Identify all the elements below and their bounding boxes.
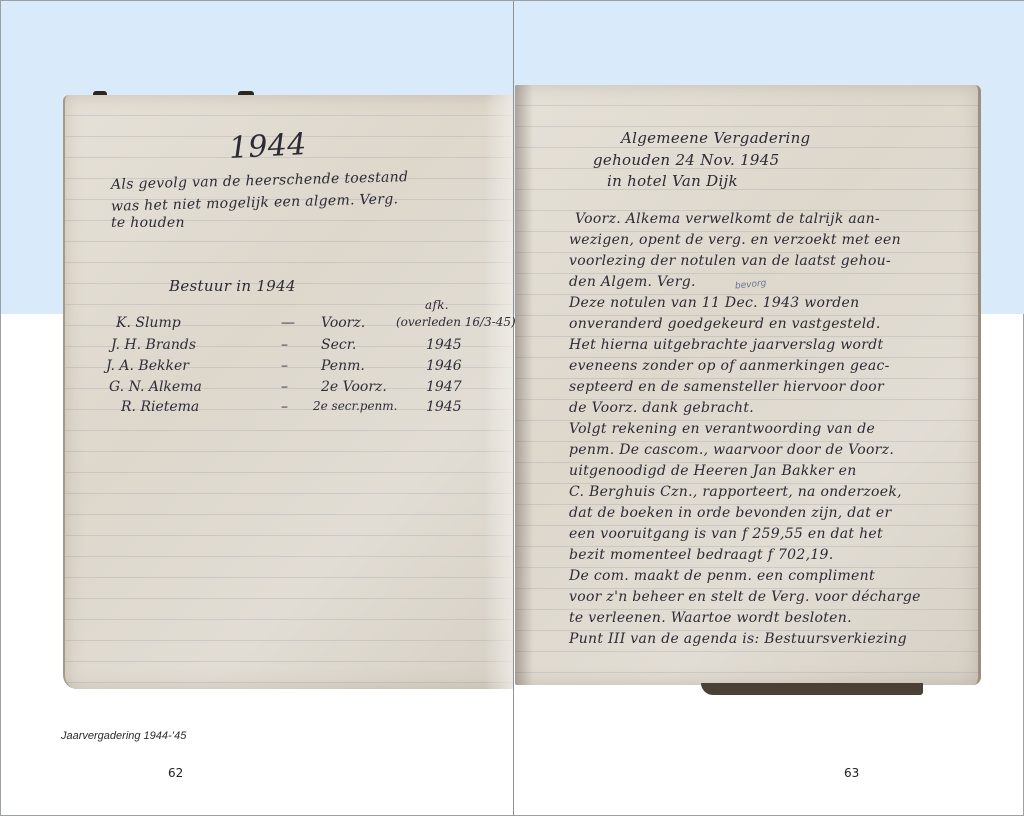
member-dash: –: [281, 358, 288, 374]
member-role: 2e secr.penm.: [313, 399, 397, 413]
minutes-line: uitgenoodigd de Heeren Jan Bakker en: [569, 463, 857, 479]
member-name: J. H. Brands: [111, 337, 196, 353]
member-role: 2e Voorz.: [321, 379, 387, 395]
board-member-row: R. Rietema – 2e secr.penm. 1945: [101, 399, 511, 419]
minutes-line: een vooruitgang is van f 259,55 en dat h…: [569, 526, 883, 542]
figure-caption: Jaarvergadering 1944-’45: [61, 730, 186, 742]
member-year: 1945: [426, 337, 462, 353]
member-dash: –: [281, 399, 288, 415]
member-year: (overleden 16/3-45): [396, 315, 516, 329]
minutes-line: Voorz. Alkema verwelkomt de talrijk aan-: [575, 211, 880, 227]
board-member-row: G. N. Alkema – 2e Voorz. 1947: [101, 379, 511, 399]
member-year: 1946: [426, 358, 462, 374]
page-edge-shadow: [701, 683, 923, 695]
member-name: K. Slump: [116, 315, 181, 331]
minutes-line: bezit momenteel bedraagt f 702,19.: [569, 547, 833, 563]
meeting-date: gehouden 24 Nov. 1945: [593, 151, 779, 169]
board-member-row: K. Slump — Voorz. (overleden 16/3-45): [101, 315, 511, 335]
board-member-row: J. H. Brands – Secr. 1945: [101, 337, 511, 357]
meeting-title: Algemeene Vergadering: [621, 129, 810, 147]
minutes-line: Punt III van de agenda is: Bestuursverki…: [569, 631, 907, 647]
minutes-line: Het hierna uitgebrachte jaarverslag word…: [569, 337, 883, 353]
minutes-line: onveranderd goedgekeurd en vastgesteld.: [569, 316, 881, 332]
gutter-line: [513, 1, 514, 816]
minutes-line: wezigen, opent de verg. en verzoekt met …: [569, 232, 901, 248]
page-number-left: 62: [168, 766, 183, 780]
board-column-header: afk.: [425, 298, 449, 312]
minutes-line: te verleenen. Waartoe wordt besloten.: [569, 610, 852, 626]
member-dash: —: [281, 315, 295, 331]
member-role: Secr.: [321, 337, 356, 353]
book-spread: 1944 Als gevolg van de heerschende toest…: [0, 0, 1024, 816]
minutes-line: Volgt rekening en verantwoording van de: [569, 421, 875, 437]
minutes-line: dat de boeken in orde bevonden zijn, dat…: [569, 505, 891, 521]
member-year: 1945: [426, 399, 462, 415]
handwritten-line: te houden: [111, 215, 185, 231]
member-name: R. Rietema: [121, 399, 199, 415]
member-year: 1947: [426, 379, 462, 395]
member-role: Voorz.: [321, 315, 365, 331]
minutes-line: Deze notulen van 11 Dec. 1943 worden: [569, 295, 859, 311]
member-dash: –: [281, 337, 288, 353]
page-number-right: 63: [844, 766, 859, 780]
minutes-line: voor z'n beheer en stelt de Verg. voor d…: [569, 589, 921, 605]
member-name: J. A. Bekker: [106, 358, 189, 374]
minutes-line: De com. maakt de penm. een compliment: [569, 568, 875, 584]
minutes-line: den Algem. Verg.: [569, 274, 696, 290]
board-member-row: J. A. Bekker – Penm. 1946: [101, 358, 511, 378]
minutes-line: eveneens zonder op of aanmerkingen geac-: [569, 358, 890, 374]
minutes-line: de Voorz. dank gebracht.: [569, 400, 754, 416]
member-dash: –: [281, 379, 288, 395]
year-heading: 1944: [228, 127, 307, 166]
minutes-line: voorlezing der notulen van de laatst geh…: [569, 253, 891, 269]
board-heading: Bestuur in 1944: [169, 277, 296, 295]
meeting-location: in hotel Van Dijk: [607, 172, 738, 190]
member-role: Penm.: [321, 358, 365, 374]
member-name: G. N. Alkema: [109, 379, 202, 395]
minutes-line: penm. De cascom., waarvoor door de Voorz…: [569, 442, 894, 458]
minutes-line: septeerd en de samensteller hiervoor doo…: [569, 379, 884, 395]
minutes-line: C. Berghuis Czn., rapporteert, na onderz…: [569, 484, 902, 500]
